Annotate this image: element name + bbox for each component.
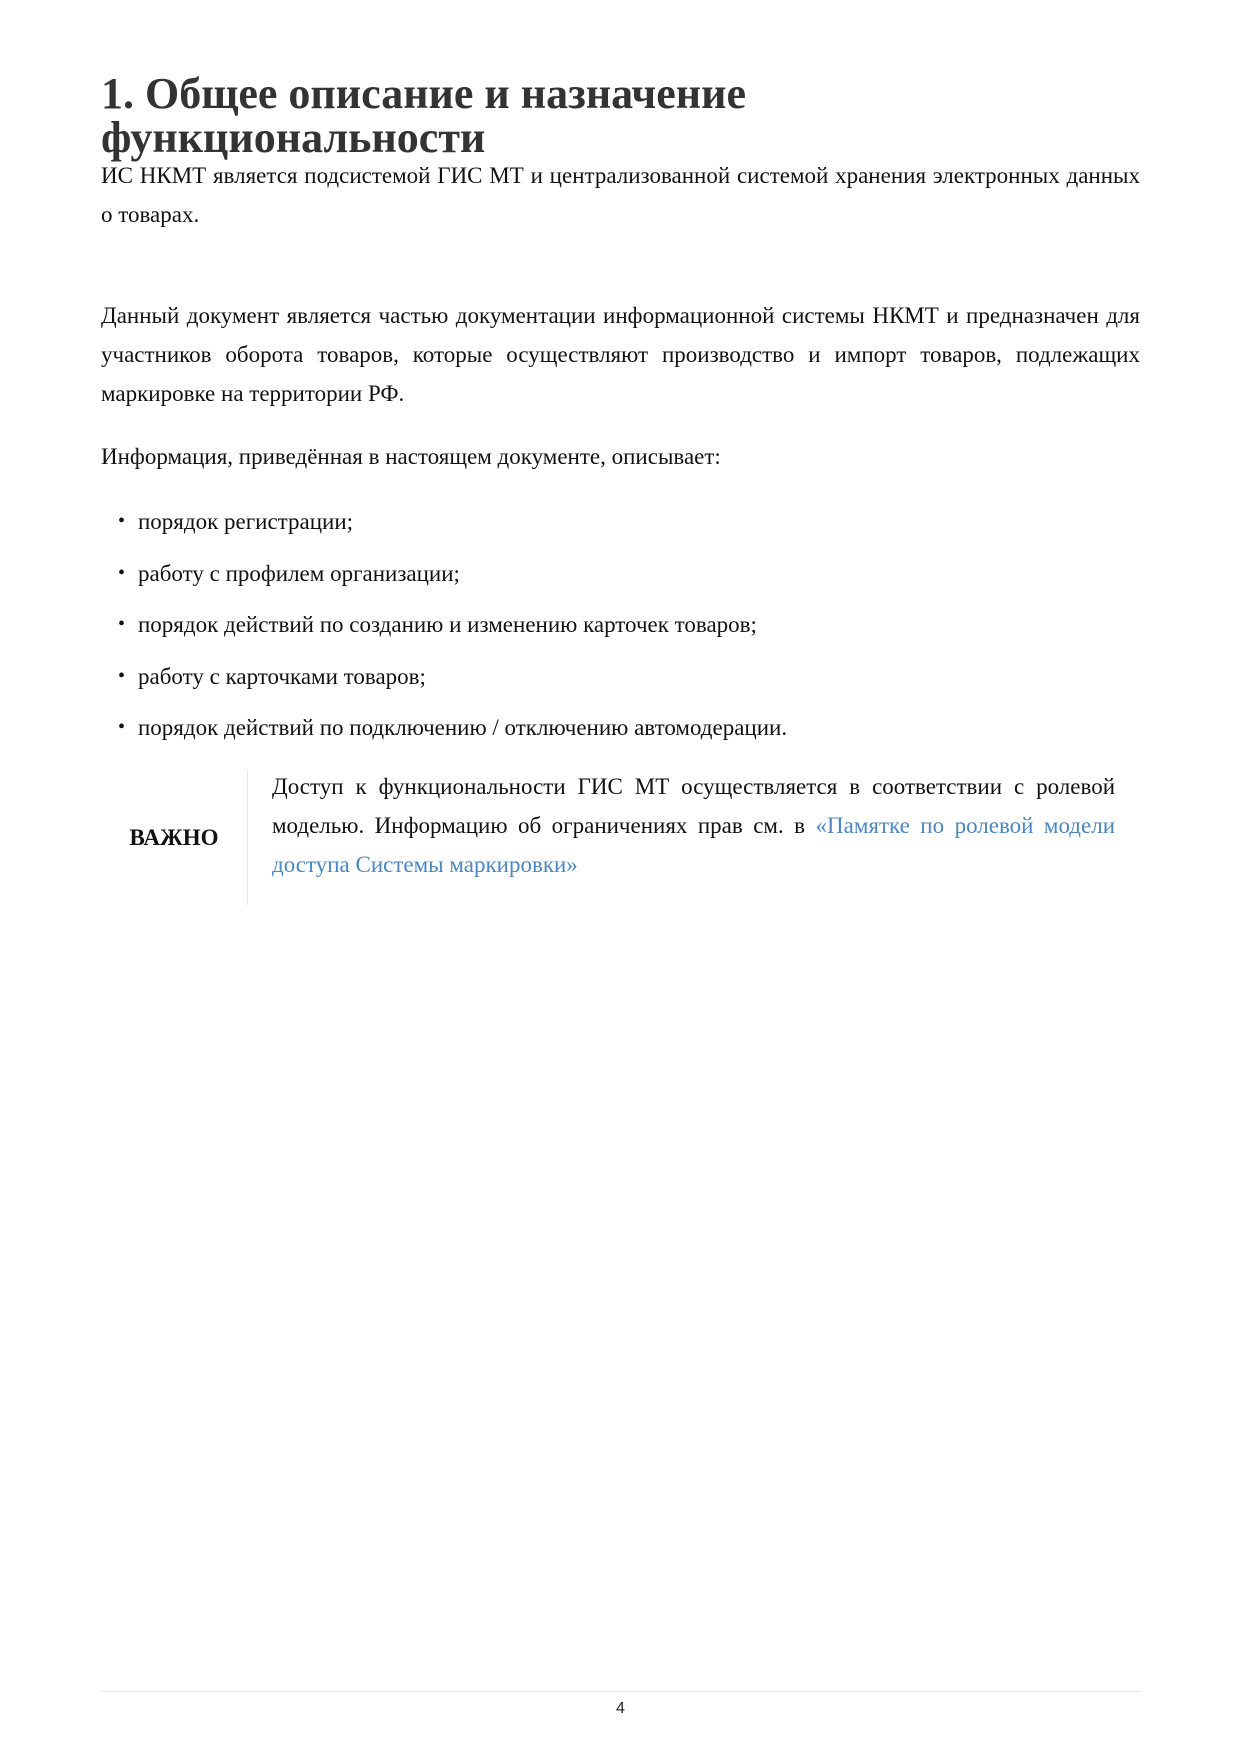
bullet-icon: •	[118, 502, 125, 541]
section-heading: 1. Общее описание и назначение функциона…	[101, 72, 861, 160]
list-item: •работу с карточками товаров;	[101, 657, 1140, 709]
list-item-text: порядок регистрации;	[138, 509, 353, 534]
list-item-text: порядок действий по подключению / отключ…	[138, 715, 787, 740]
bullet-icon: •	[118, 708, 125, 747]
bullet-icon: •	[118, 554, 125, 593]
page-number: 4	[0, 1700, 1241, 1718]
contents-lead-paragraph: Информация, приведённая в настоящем доку…	[101, 437, 1140, 476]
bullet-icon: •	[118, 657, 125, 696]
list-item: •порядок действий по созданию и изменени…	[101, 605, 1140, 657]
callout-divider	[247, 770, 248, 905]
purpose-paragraph: Данный документ является частью документ…	[101, 296, 1140, 413]
contents-list: •порядок регистрации; •работу с профилем…	[101, 502, 1140, 760]
footer-divider	[101, 1691, 1140, 1692]
list-item: •порядок действий по подключению / отклю…	[101, 708, 1140, 760]
list-item-text: работу с карточками товаров;	[138, 664, 426, 689]
list-item: •работу с профилем организации;	[101, 554, 1140, 606]
important-callout: ВАЖНО Доступ к функциональности ГИС МТ о…	[101, 770, 1140, 905]
bullet-icon: •	[118, 605, 125, 644]
intro-paragraph: ИС НКМТ является подсистемой ГИС МТ и це…	[101, 156, 1140, 234]
callout-label: ВАЖНО	[101, 770, 247, 905]
list-item-text: работу с профилем организации;	[138, 561, 460, 586]
list-item: •порядок регистрации;	[101, 502, 1140, 554]
callout-text: Доступ к функциональности ГИС МТ осущест…	[272, 767, 1115, 884]
list-item-text: порядок действий по созданию и изменению…	[138, 612, 757, 637]
